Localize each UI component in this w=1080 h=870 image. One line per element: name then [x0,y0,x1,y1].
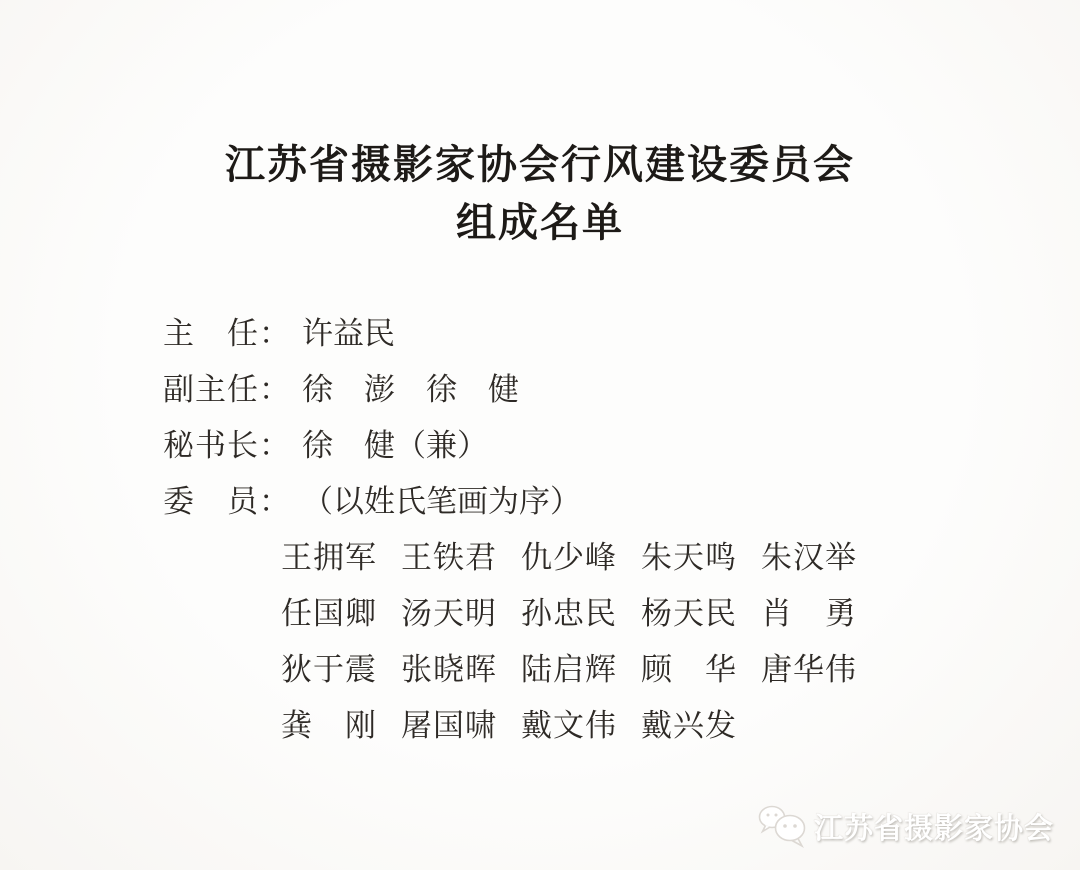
officer-label: 秘书长 [163,420,259,465]
member-name: 唐华伟 [761,644,857,689]
watermark-text: 江苏省摄影家协会 [814,806,1054,847]
member-row: 王拥军 王铁君 仇少峰 朱天鸣 朱汉举 [281,526,1080,582]
officer-colon: ： [259,364,290,409]
document-page: 江苏省摄影家协会行风建设委员会 组成名单 主 任：许益民 副主任：徐 澎 徐 健… [0,0,1080,870]
member-name: 王铁君 [401,532,497,577]
officer-value: 徐 健（兼） [302,420,488,465]
officer-row-secretary-general: 秘书长：徐 健（兼） [163,414,1080,470]
member-name: 王拥军 [281,532,377,577]
watermark: 江苏省摄影家协会 [757,802,1054,850]
officer-label: 委 员 [163,476,259,521]
officer-value: 许益民 [302,308,395,353]
page-title: 江苏省摄影家协会行风建设委员会 组成名单 [0,0,1080,252]
wechat-icon [757,802,809,850]
member-name: 孙忠民 [521,588,617,633]
member-name: 陆启辉 [521,644,617,689]
officer-label: 副主任 [163,364,259,409]
officer-colon: ： [259,420,290,465]
page-title-line-1: 江苏省摄影家协会行风建设委员会 [0,136,1080,194]
member-row: 任国卿 汤天明 孙忠民 杨天民 肖 勇 [281,582,1080,638]
member-name: 戴兴发 [641,700,737,745]
officer-row-director: 主 任：许益民 [163,302,1080,358]
member-name: 朱天鸣 [641,532,737,577]
member-name: 屠国啸 [401,700,497,745]
member-name: 狄于震 [281,644,377,689]
member-name: 杨天民 [641,588,737,633]
member-name: 肖 勇 [761,588,857,633]
member-name: 任国卿 [281,588,377,633]
member-name: 张晓晖 [401,644,497,689]
member-name: 朱汉举 [761,532,857,577]
member-row: 龚 刚 屠国啸 戴文伟 戴兴发 [281,694,1080,750]
member-name: 仇少峰 [521,532,617,577]
officer-value: 徐 澎 徐 健 [302,364,519,409]
officer-label: 主 任 [163,308,259,353]
member-name: 龚 刚 [281,700,377,745]
officer-colon: ： [259,476,290,521]
officer-row-members-header: 委 员：（以姓氏笔画为序） [163,470,1080,526]
officer-row-deputy-directors: 副主任：徐 澎 徐 健 [163,358,1080,414]
members-sort-note: （以姓氏笔画为序） [302,476,581,521]
member-row: 狄于震 张晓晖 陆启辉 顾 华 唐华伟 [281,638,1080,694]
page-title-line-2: 组成名单 [0,194,1080,252]
officers-list: 主 任：许益民 副主任：徐 澎 徐 健 秘书长：徐 健（兼） 委 员：（以姓氏笔… [163,302,1080,526]
member-name: 顾 华 [641,644,737,689]
members-list: 王拥军 王铁君 仇少峰 朱天鸣 朱汉举 任国卿 汤天明 孙忠民 杨天民 肖 勇 … [281,526,1080,750]
member-name: 戴文伟 [521,700,617,745]
officer-colon: ： [259,308,290,353]
member-name: 汤天明 [401,588,497,633]
